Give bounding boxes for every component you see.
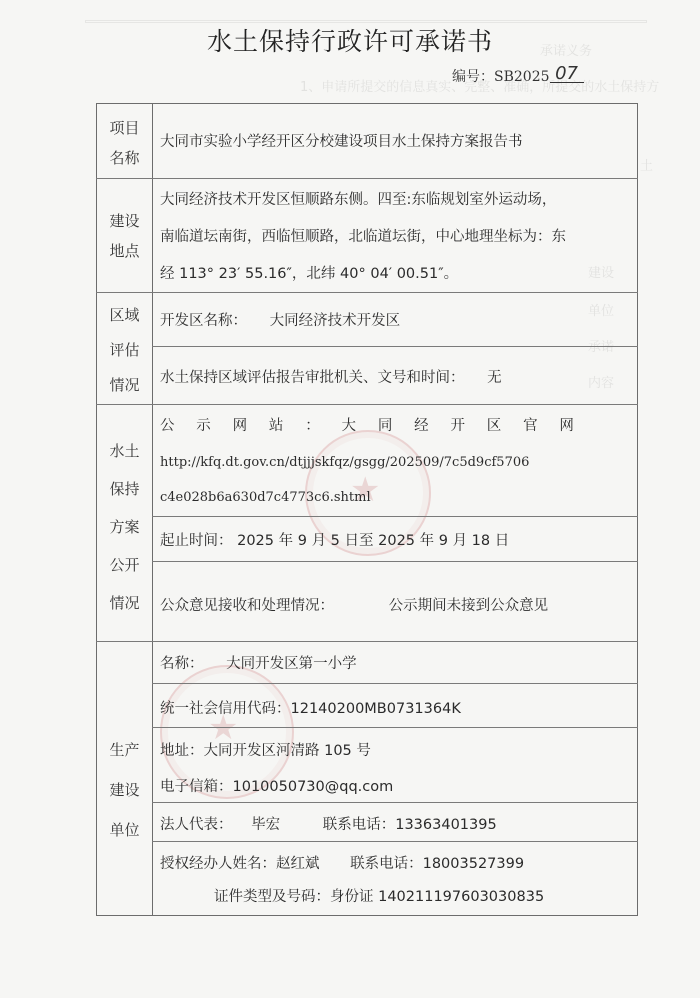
developer-name-value: 大同开发区第一小学: [226, 656, 357, 672]
bleed-through-text: 土: [640, 155, 653, 174]
disclosure-url-line-1[interactable]: http://kfq.dt.gov.cn/dtjjjskfqz/gsgg/202…: [160, 455, 630, 470]
approval-label: 水土保持区域评估报告审批机关、文号和时间：: [160, 370, 465, 386]
construction-site-line-2: 南临道坛南街，西临恒顺路，北临道坛街，中心地理坐标为：东: [160, 225, 630, 246]
label-regional-assessment: 区域 评估 情况: [97, 298, 152, 403]
zone-name-label: 开发区名称：: [160, 313, 247, 329]
subrow-divider: [152, 346, 638, 347]
serial-label: 编号：SB2025: [452, 69, 550, 85]
label-developer: 生产 建设 单位: [97, 730, 152, 850]
agent-phone: 联系电话：18003527399: [350, 856, 524, 872]
serial-handwritten: 07: [550, 66, 584, 83]
approval-value: 无: [487, 370, 502, 386]
agent-value: 赵红斌: [276, 856, 320, 872]
agent-id-info: 证件类型及号码：身份证 140211197603030835: [214, 885, 684, 906]
agent-label: 授权经办人姓名：: [160, 856, 276, 872]
subrow-divider: [152, 841, 638, 842]
disclosure-period: 起止时间： 2025 年 9 月 5 日至 2025 年 9 月 18 日: [160, 529, 630, 550]
public-feedback: 公众意见接收和处理情况： 公示期间未接到公众意见: [160, 594, 630, 615]
subrow-divider: [152, 727, 638, 728]
serial-number: 编号：SB202507: [452, 66, 584, 86]
subrow-divider: [152, 561, 638, 562]
legal-rep-phone: 联系电话：13363401395: [323, 817, 497, 833]
legal-rep-value: 毕宏: [251, 817, 280, 833]
label-construction-site: 建设 地点: [97, 206, 152, 266]
row-divider: [96, 292, 638, 293]
subrow-divider: [152, 802, 638, 803]
subrow-divider: [152, 683, 638, 684]
authorized-agent: 授权经办人姓名：赵红斌 联系电话：18003527399: [160, 852, 630, 873]
assessment-approval: 水土保持区域评估报告审批机关、文号和时间： 无: [160, 366, 630, 387]
row-divider: [96, 641, 638, 642]
legal-rep-label: 法人代表：: [160, 817, 233, 833]
label-plan-disclosure: 水土 保持 方案 公开 情况: [97, 432, 152, 622]
zone-name: 开发区名称： 大同经济技术开发区: [160, 309, 630, 330]
disclosure-url-line-2[interactable]: c4e028b6a630d7c4773c6.shtml: [160, 490, 630, 505]
developer-name: 名称： 大同开发区第一小学: [160, 652, 630, 673]
table-column-divider: [152, 103, 153, 916]
developer-email: 电子信箱：1010050730@qq.com: [160, 775, 630, 796]
credit-code: 统一社会信用代码：12140200MB0731364K: [160, 697, 630, 718]
zone-name-value: 大同经济技术开发区: [270, 313, 401, 329]
row-divider: [96, 178, 638, 179]
feedback-label: 公众意见接收和处理情况：: [160, 598, 334, 614]
row-divider: [96, 404, 638, 405]
label-project-name: 项目 名称: [97, 113, 152, 173]
developer-address: 地址：大同开发区河清路 105 号: [160, 739, 630, 760]
document-title: 水土保持行政许可承诺书: [0, 22, 700, 58]
legal-representative: 法人代表： 毕宏 联系电话：13363401395: [160, 813, 630, 834]
construction-site-line-3: 经 113° 23′ 55.16″，北纬 40° 04′ 00.51″。: [160, 262, 630, 283]
subrow-divider: [152, 516, 638, 517]
feedback-value: 公示期间未接到公众意见: [389, 598, 549, 614]
project-name-value: 大同市实验小学经开区分校建设项目水土保持方案报告书: [160, 130, 630, 151]
developer-name-label: 名称：: [160, 656, 204, 672]
construction-site-line-1: 大同经济技术开发区恒顺路东侧。四至:东临规划室外运动场，: [160, 188, 630, 209]
disclosure-website: 公 示 网 站 ： 大 同 经 开 区 官 网: [160, 414, 630, 435]
